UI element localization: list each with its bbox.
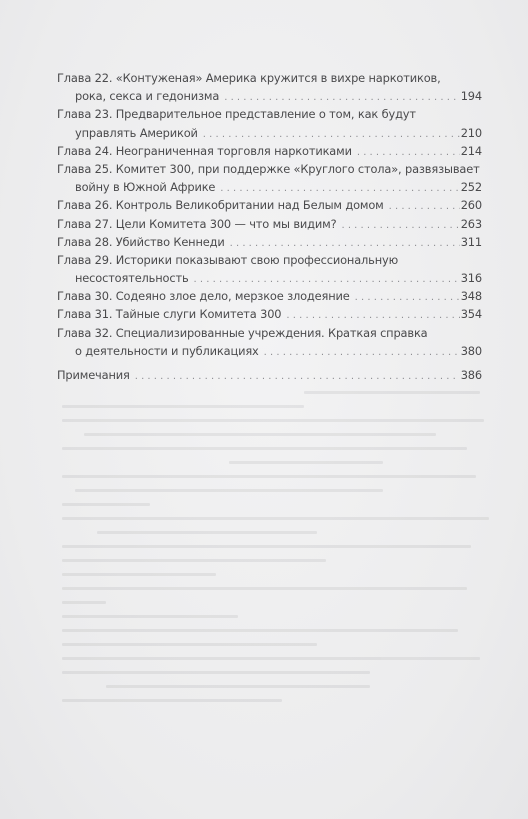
dot-leader — [341, 217, 459, 235]
toc-entry[interactable]: Глава 22. «Контуженая» Америка кружится … — [57, 69, 482, 105]
toc-entry-title: Глава 31. Тайные слуги Комитета 300 — [57, 305, 281, 323]
toc-page-number: 210 — [461, 124, 482, 142]
toc-entry-title: Глава 27. Цели Комитета 300 — что мы вид… — [57, 215, 336, 233]
toc-entry[interactable]: Глава 30. Содеяно злое дело, мерзкое зло… — [57, 287, 482, 305]
toc-entry[interactable]: Глава 25. Комитет 300, при поддержке «Кр… — [57, 160, 482, 196]
toc-entry-title: Глава 22. «Контуженая» Америка кружится … — [57, 69, 441, 87]
toc-entry-title: Глава 32. Специализированные учреждения.… — [57, 324, 428, 342]
toc-entry-title: Глава 23. Предварительное представление … — [57, 105, 416, 123]
toc-entry-title: Глава 25. Комитет 300, при поддержке «Кр… — [57, 160, 480, 178]
toc-page-number: 311 — [461, 233, 482, 251]
toc-entry-title: управлять Америкой — [75, 124, 198, 142]
toc-entry-title: Глава 26. Контроль Великобритании над Бе… — [57, 196, 384, 214]
toc-entry-title: о деятельности и публикациях — [75, 342, 259, 360]
toc-page-number: 260 — [461, 196, 482, 214]
toc-entry[interactable]: Глава 28. Убийство Кеннеди311 — [57, 233, 482, 251]
toc-page-number: 386 — [461, 366, 482, 384]
toc-entry-title: Глава 28. Убийство Кеннеди — [57, 233, 225, 251]
toc-page-number: 380 — [461, 342, 482, 360]
toc-entry[interactable]: Глава 23. Предварительное представление … — [57, 105, 482, 141]
dot-leader — [135, 368, 460, 386]
book-page: Глава 22. «Контуженая» Америка кружится … — [0, 0, 528, 819]
toc-page-number: 214 — [461, 142, 482, 160]
toc-page-number: 263 — [461, 215, 482, 233]
toc-entry-title: Примечания — [57, 366, 130, 384]
toc-entry-title: войну в Южной Африке — [75, 178, 215, 196]
toc-entry-notes[interactable]: Примечания386 — [57, 366, 482, 384]
toc-entry-title: рока, секса и гедонизма — [75, 87, 219, 105]
toc-page-number: 194 — [461, 87, 482, 105]
toc-entry[interactable]: Глава 32. Специализированные учреждения.… — [57, 324, 482, 360]
dot-leader — [264, 344, 460, 362]
toc-entry-title: Глава 29. Историки показывают свою профе… — [57, 251, 398, 269]
table-of-contents: Глава 22. «Контуженая» Америка кружится … — [57, 69, 482, 384]
toc-entry[interactable]: Глава 24. Неограниченная торговля наркот… — [57, 142, 482, 160]
dot-leader — [355, 289, 460, 307]
toc-entry[interactable]: Глава 27. Цели Комитета 300 — что мы вид… — [57, 215, 482, 233]
toc-entry-title: несостоятельность — [75, 269, 189, 287]
toc-page-number: 354 — [461, 305, 482, 323]
toc-entry-title: Глава 30. Содеяно злое дело, мерзкое зло… — [57, 287, 350, 305]
toc-page-number: 252 — [461, 178, 482, 196]
dot-leader — [389, 198, 460, 216]
toc-page-number: 348 — [461, 287, 482, 305]
reverse-side-bleed-through — [62, 380, 502, 720]
toc-page-number: 316 — [461, 269, 482, 287]
toc-entry-title: Глава 24. Неограниченная торговля наркот… — [57, 142, 352, 160]
toc-entry[interactable]: Глава 31. Тайные слуги Комитета 300354 — [57, 305, 482, 323]
toc-entry[interactable]: Глава 29. Историки показывают свою профе… — [57, 251, 482, 287]
toc-entry[interactable]: Глава 26. Контроль Великобритании над Бе… — [57, 196, 482, 214]
